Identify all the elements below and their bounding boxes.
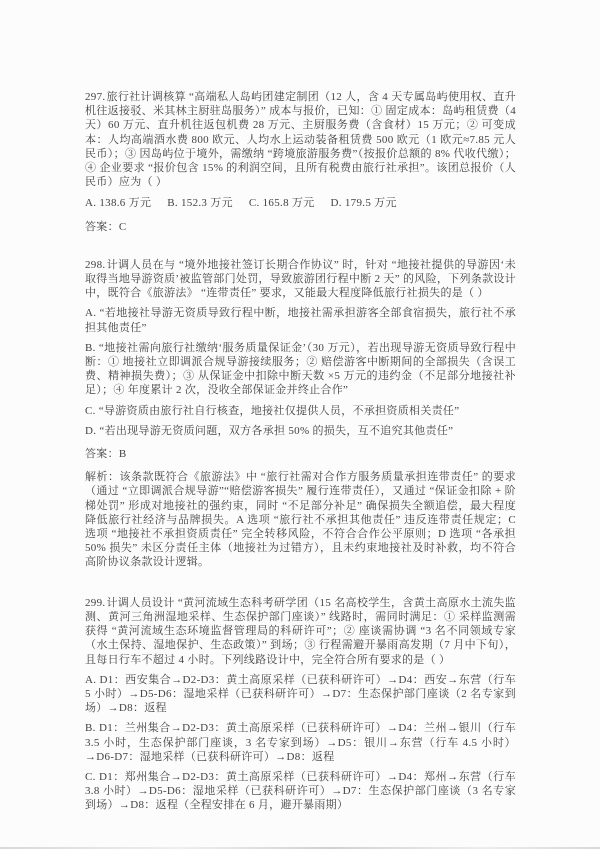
question-297-number: 297. xyxy=(85,91,105,103)
question-298-stem: 298.计调人员在与 “境外地接社签订长期合作协议” 时，针对 “地接社提供的导… xyxy=(85,258,516,301)
question-299-number: 299. xyxy=(85,597,105,609)
question-299: 299.计调人员设计 “黄河流域生态科考研学团（15 名高校学生，含黄土高原水土… xyxy=(85,596,516,813)
question-298-text: 计调人员在与 “境外地接社签订长期合作协议” 时，针对 “地接社提供的导游因‘未… xyxy=(85,259,516,299)
question-297-option-d: D. 179.5 万元 xyxy=(331,196,397,210)
question-297-stem: 297.旅行社计调核算 “高端私人岛屿团建定制团（12 人，含 4 天专属岛屿使… xyxy=(85,90,516,189)
question-299-stem: 299.计调人员设计 “黄河流域生态科考研学团（15 名高校学生，含黄土高原水土… xyxy=(85,596,516,667)
question-298-option-c: C. “导游资质由旅行社自行核查，地接社仅提供人员，不承担资质相关责任” xyxy=(85,404,516,418)
question-297-answer: 答案：C xyxy=(85,220,516,234)
question-298-analysis: 解析：该条款既符合《旅游法》中 “旅行社需对合作方服务质量承担连带责任” 的要求… xyxy=(85,470,516,569)
question-298-option-a: A. “若地接社导游无资质导致行程中断，地接社需承担游客全部食宿损失，旅行社不承… xyxy=(85,306,516,334)
question-298-option-b: B. “地接社需向旅行社缴纳‘服务质量保证金’（30 万元），若出现导游无资质导… xyxy=(85,341,516,398)
question-299-option-c: C. D1：郑州集合→D2-D3：黄土高原采样（已获科研许可）→D4：郑州→东营… xyxy=(85,770,516,813)
question-299-option-a: A. D1：西安集合→D2-D3：黄土高原采样（已获科研许可）→D4：西安→东营… xyxy=(85,673,516,716)
question-298-option-d: D. “若出现导游无资质问题，双方各承担 50% 的损失，互不追究其他责任” xyxy=(85,424,516,438)
question-297-text: 旅行社计调核算 “高端私人岛屿团建定制团（12 人，含 4 天专属岛屿使用权、直… xyxy=(85,91,516,188)
exam-page: 297.旅行社计调核算 “高端私人岛屿团建定制团（12 人，含 4 天专属岛屿使… xyxy=(85,90,516,813)
question-298: 298.计调人员在与 “境外地接社签订长期合作协议” 时，针对 “地接社提供的导… xyxy=(85,258,516,570)
question-297: 297.旅行社计调核算 “高端私人岛屿团建定制团（12 人，含 4 天专属岛屿使… xyxy=(85,90,516,234)
question-299-text: 计调人员设计 “黄河流域生态科考研学团（15 名高校学生，含黄土高原水土流失监测… xyxy=(85,597,516,666)
question-297-options-row: A. 138.6 万元 B. 152.3 万元 C. 165.8 万元 D. 1… xyxy=(85,196,516,210)
question-297-option-b: B. 152.3 万元 xyxy=(167,196,233,210)
question-298-number: 298. xyxy=(85,259,105,271)
question-298-answer: 答案：B xyxy=(85,447,516,461)
question-299-option-b: B. D1：兰州集合→D2-D3：黄土高原采样（已获科研许可）→D4：兰州→银川… xyxy=(85,721,516,764)
question-297-option-a: A. 138.6 万元 xyxy=(85,196,151,210)
question-297-option-c: C. 165.8 万元 xyxy=(249,196,315,210)
